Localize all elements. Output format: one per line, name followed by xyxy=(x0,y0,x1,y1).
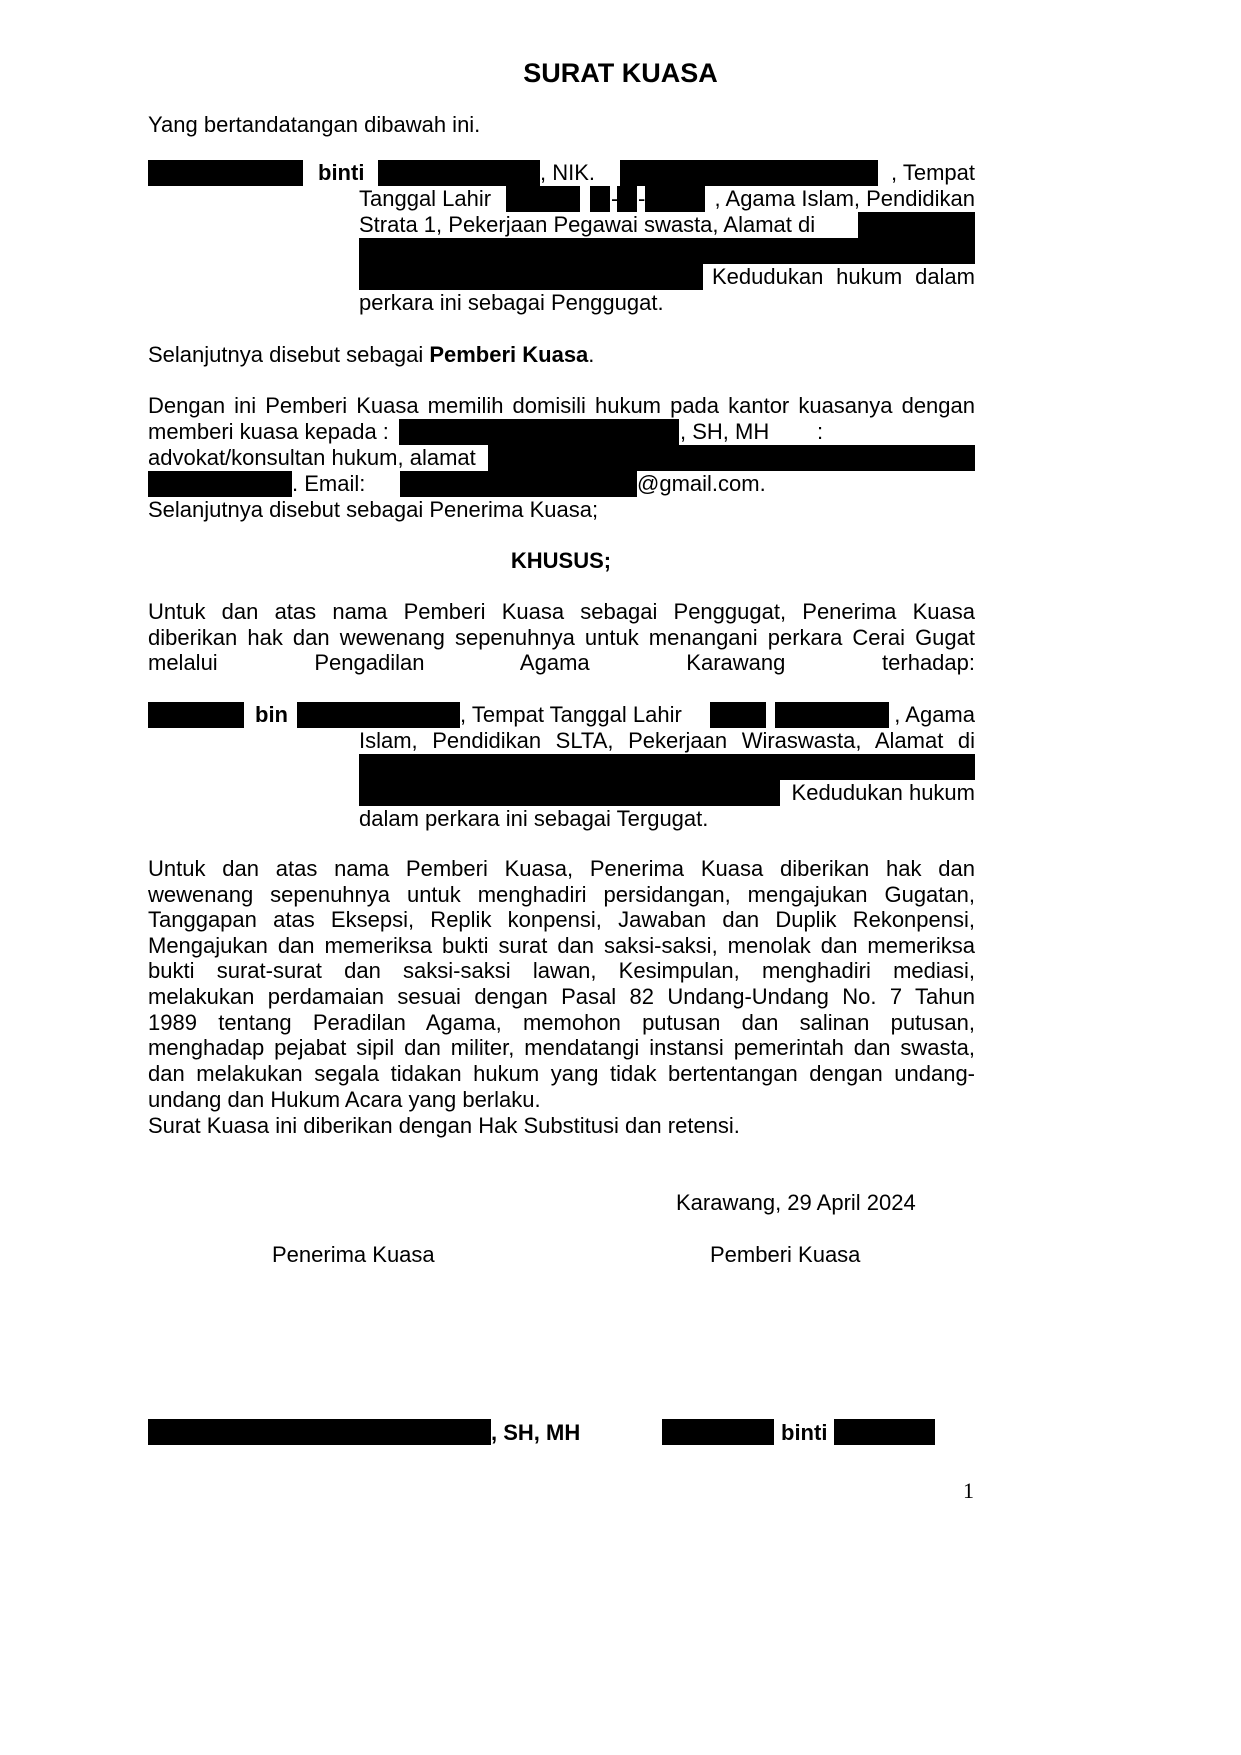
paragraph-text: Mengajukan dan memeriksa bukti surat dan… xyxy=(148,933,975,959)
redacted-advocate-address-2 xyxy=(148,471,292,497)
receiver-label: Penerima Kuasa xyxy=(272,1242,435,1268)
redacted-receiver-signature-name xyxy=(148,1419,491,1445)
redacted-birthplace xyxy=(506,186,580,212)
paragraph-text: melalui Pengadilan Agama Karawang terhad… xyxy=(148,650,975,676)
place-date: Karawang, 29 April 2024 xyxy=(676,1190,916,1216)
redacted-giver-father xyxy=(834,1419,935,1445)
paragraph-line: Untuk dan atas nama Pemberi Kuasa, Pener… xyxy=(148,856,975,882)
tergugat-line: dalam perkara ini sebagai Tergugat. xyxy=(359,806,708,832)
redacted-plaintiff-name xyxy=(148,160,303,186)
redacted-giver-signature-name xyxy=(662,1419,774,1445)
paragraph-line: Tanggapan atas Eksepsi, Replik konpensi,… xyxy=(148,907,975,933)
paragraph-line: menghadap pejabat sipil dan militer, men… xyxy=(148,1035,975,1061)
paragraph-text: wewenang sepenuhnya untuk menghadiri per… xyxy=(148,882,975,908)
defendant-info: Islam, Pendidikan SLTA, Pekerjaan Wirasw… xyxy=(359,728,975,754)
redacted-defendant-address-2 xyxy=(359,780,780,806)
redacted-defendant-birthdate xyxy=(775,702,889,728)
paragraph-text: Tanggapan atas Eksepsi, Replik konpensi,… xyxy=(148,907,975,933)
paragraph-line: wewenang sepenuhnya untuk menghadiri per… xyxy=(148,882,975,908)
substitution-line: Surat Kuasa ini diberikan dengan Hak Sub… xyxy=(148,1113,740,1139)
ref-bold: Pemberi Kuasa xyxy=(429,342,588,367)
redacted-defendant-father xyxy=(297,702,460,728)
paragraph-text: diberikan hak dan wewenang sepenuhnya un… xyxy=(148,625,975,651)
defendant-line-2: Islam, Pendidikan SLTA, Pekerjaan Wirasw… xyxy=(359,728,975,754)
ref-prefix: Selanjutnya disebut sebagai xyxy=(148,342,429,367)
domicile-text: Dengan ini Pemberi Kuasa memilih domisil… xyxy=(148,393,975,419)
paragraph-text: menghadap pejabat sipil dan militer, men… xyxy=(148,1035,975,1061)
agama-label: , Agama xyxy=(889,702,975,728)
redacted-plaintiff-father xyxy=(378,160,540,186)
giver-label: Pemberi Kuasa xyxy=(710,1242,860,1268)
paragraph-line: 1989 tentang Peradilan Agama, memohon pu… xyxy=(148,1010,975,1036)
receiver-title: , SH, MH xyxy=(491,1420,580,1446)
document-title: SURAT KUASA xyxy=(0,58,1241,89)
paragraph-text: Untuk dan atas nama Pemberi Kuasa sebaga… xyxy=(148,599,975,625)
paragraph-line: melalui Pengadilan Agama Karawang terhad… xyxy=(148,650,975,676)
paragraph-line: Mengajukan dan memeriksa bukti surat dan… xyxy=(148,933,975,959)
paragraph-line: bukti surat-surat dan saksi-saksi lawan,… xyxy=(148,958,975,984)
ttl-label: , Tempat Tanggal Lahir xyxy=(460,702,682,728)
redacted-birth-month xyxy=(617,186,637,212)
powers-last-line: undang dan Hukum Acara yang berlaku. xyxy=(148,1087,541,1113)
opening-line: Yang bertandatangan dibawah ini. xyxy=(148,112,480,138)
penggugat-line: perkara ini sebagai Penggugat. xyxy=(359,290,664,316)
page-number: 1 xyxy=(963,1478,974,1504)
giver-binti: binti xyxy=(781,1420,827,1446)
paragraph-text: Untuk dan atas nama Pemberi Kuasa, Pener… xyxy=(148,856,975,882)
agama-pendidikan: , Agama Islam, Pendidikan xyxy=(705,186,975,212)
document-page: SURAT KUASA Yang bertandatangan dibawah … xyxy=(0,0,1241,1755)
domicile-line-2: memberi kuasa kepada : xyxy=(148,419,389,445)
redacted-advocate-name xyxy=(399,419,679,445)
defendant-kedudukan: Kedudukan hukum xyxy=(788,780,975,806)
paragraph-text: 1989 tentang Peradilan Agama, memohon pu… xyxy=(148,1010,975,1036)
khusus-heading: KHUSUS; xyxy=(0,548,1122,574)
paragraph-line: diberikan hak dan wewenang sepenuhnya un… xyxy=(148,625,975,651)
paragraph-text: dan melakukan segala tidakan hukum yang … xyxy=(148,1061,975,1087)
redacted-address-1 xyxy=(858,212,975,238)
redacted-defendant-address-1 xyxy=(359,754,975,780)
redacted-address-3 xyxy=(359,264,703,290)
pemberi-kuasa-reference: Selanjutnya disebut sebagai Pemberi Kuas… xyxy=(148,342,594,368)
redacted-address-2 xyxy=(359,238,975,264)
redacted-email-user xyxy=(400,471,637,497)
redacted-nik xyxy=(620,160,878,186)
kedudukan-label: Kedudukan hukum dalam xyxy=(712,264,975,290)
redacted-birth-year xyxy=(645,186,705,212)
email-domain: @gmail.com. xyxy=(637,471,766,497)
domicile-line-1: Dengan ini Pemberi Kuasa memilih domisil… xyxy=(148,393,975,419)
redacted-advocate-address xyxy=(488,445,975,471)
paragraph-line: melakukan perdamaian sesuai dengan Pasal… xyxy=(148,984,975,1010)
penerima-kuasa-reference: Selanjutnya disebut sebagai Penerima Kua… xyxy=(148,497,598,523)
nik-label: , NIK. xyxy=(540,160,595,186)
paragraph-line: Untuk dan atas nama Pemberi Kuasa sebaga… xyxy=(148,599,975,625)
binti-label: binti xyxy=(318,160,364,186)
redacted-birth-day xyxy=(590,186,610,212)
paragraph-line: dan melakukan segala tidakan hukum yang … xyxy=(148,1061,975,1087)
tanggal-lahir-label: Tanggal Lahir xyxy=(359,186,491,212)
domicile-line-3: advokat/konsultan hukum, alamat xyxy=(148,445,476,471)
bin-label: bin xyxy=(255,702,288,728)
email-label: . Email: xyxy=(292,471,365,497)
redacted-defendant-birthplace xyxy=(710,702,766,728)
colon: : xyxy=(817,419,823,445)
tempat-label: , Tempat xyxy=(878,160,975,186)
paragraph-text: melakukan perdamaian sesuai dengan Pasal… xyxy=(148,984,975,1010)
paragraph-text: bukti surat-surat dan saksi-saksi lawan,… xyxy=(148,958,975,984)
advocate-title: , SH, MH xyxy=(680,419,769,445)
redacted-defendant-name xyxy=(148,702,244,728)
ref-suffix: . xyxy=(588,342,594,367)
kedudukan-text: Kedudukan hukum dalam xyxy=(712,264,975,290)
pekerjaan-alamat: Strata 1, Pekerjaan Pegawai swasta, Alam… xyxy=(359,212,815,238)
